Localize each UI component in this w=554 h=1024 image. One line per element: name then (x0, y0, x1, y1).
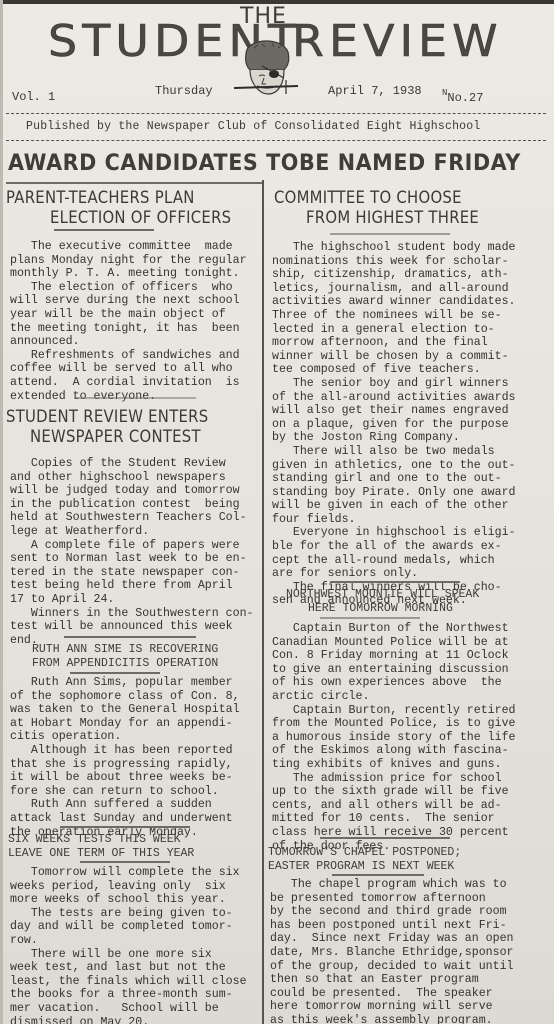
issue-number: NNo.27 (442, 88, 483, 105)
committee-headline-2: FROM HIGHEST THREE (306, 208, 479, 228)
chapel-headline-1: TOMORROW'S CHAPEL POSTPONED; (268, 846, 461, 860)
ruth-end-rule (60, 826, 190, 828)
chapel-article-body: The chapel program which was to be prese… (270, 878, 514, 1024)
scan-left-edge (0, 0, 3, 1024)
mountie-end-rule (320, 837, 450, 839)
contest-headline-2: NEWSPAPER CONTEST (30, 427, 201, 447)
ruth-headline-2: FROM APPENDICITIS OPERATION (32, 657, 218, 671)
pta-headline-rule (54, 229, 154, 231)
mountie-headline-2: HERE TOMORROW MORNING (308, 602, 453, 616)
contest-end-rule (64, 636, 196, 638)
column-divider (262, 180, 264, 1024)
tests-headline-2: LEAVE ONE TERM OF THIS YEAR (8, 847, 194, 861)
pta-headline-1: PARENT-TEACHERS PLAN (6, 188, 195, 208)
tests-headline-rule (80, 861, 170, 863)
mountie-headline-rule (320, 617, 420, 619)
tests-headline-1: SIX WEEKS TESTS THIS WEEK (8, 833, 181, 847)
dateline: Vol. 1 Thursday April 7, 1938 NNo.27 (0, 88, 554, 110)
issue-date: April 7, 1938 (328, 84, 422, 98)
chapel-headline-rule (332, 874, 424, 876)
publisher-line: Published by the Newspaper Club of Conso… (26, 120, 480, 133)
rule-top (6, 113, 546, 114)
ruth-headline-1: RUTH ANN SIME IS RECOVERING (32, 643, 218, 657)
masthead-title-review: REVIEW (292, 17, 503, 65)
committee-headline-1: COMMITTEE TO CHOOSE (274, 188, 462, 208)
ruth-article-body: Ruth Ann Sims, popular member of the sop… (10, 676, 240, 839)
banner-headline: AWARD CANDIDATES TOBE NAMED FRIDAY (8, 150, 505, 176)
contest-headline-1: STUDENT REVIEW ENTERS (6, 407, 208, 427)
mountie-article-body: Captain Burton of the Northwest Canadian… (272, 622, 516, 853)
pta-headline-2: ELECTION OF OFFICERS (50, 208, 231, 228)
chapel-headline-2: EASTER PROGRAM IS NEXT WEEK (268, 860, 454, 874)
pta-article-body: The executive committee made plans Monda… (10, 240, 247, 403)
newspaper-page: STUDENT THE REVIEW Vol. 1 Thursday April… (0, 0, 554, 1024)
weekday: Thursday (155, 84, 213, 98)
masthead: STUDENT THE REVIEW (0, 6, 554, 96)
mountie-headline-1: NORTHWEST MOUNTIE WILL SPEAK (286, 588, 479, 602)
ruth-headline-rule (70, 672, 160, 674)
committee-article-body: The highschool student body made nominat… (272, 241, 516, 608)
pta-end-rule (74, 397, 196, 399)
contest-article-body: Copies of the Student Review and other h… (10, 457, 254, 647)
committee-headline-rule (330, 233, 450, 235)
committee-end-rule (330, 581, 460, 583)
issue-number-text: No.27 (447, 91, 483, 105)
left-column-top-rule (6, 182, 262, 184)
rule-under-publisher (6, 140, 546, 141)
volume: Vol. 1 (12, 90, 55, 104)
tests-article-body: Tomorrow will complete the six weeks per… (10, 866, 247, 1024)
